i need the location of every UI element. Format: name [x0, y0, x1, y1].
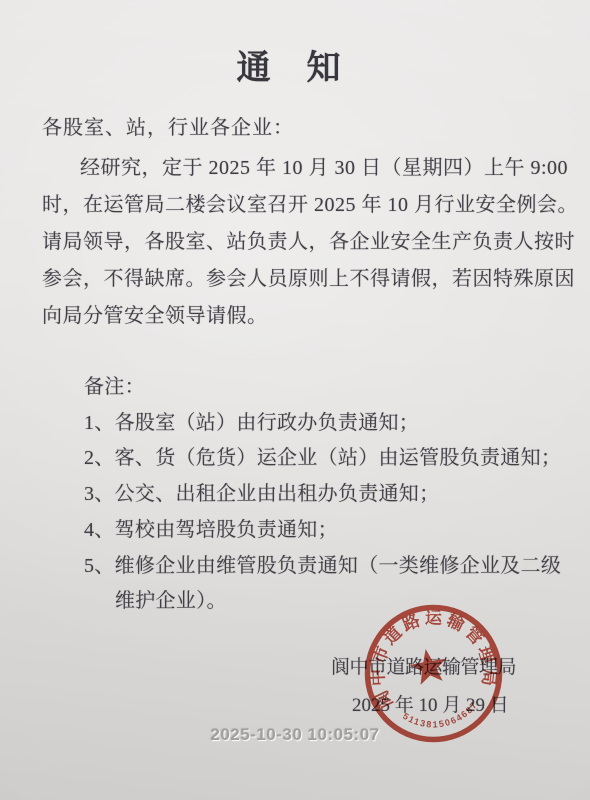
body-line: 经研究，定于 2025 年 10 月 30 日（星期四）上午 9:00 [42, 150, 542, 187]
note-item: 2、客、货（危货）运企业（站）由运管股负责通知； [84, 441, 554, 477]
note-item: 1、各股室（站）由行政办负责通知； [84, 406, 554, 442]
notes-label: 备注： [84, 370, 554, 406]
official-seal: 阆中市道路运输管理局 5113815064687 [364, 604, 503, 743]
note-item: 5、维修企业由维管股负责通知（一类维修企业及二级 [84, 549, 554, 585]
body-line: 参会，不得缺席。参会人员原则上不得请假，若因特殊原因 [42, 261, 542, 298]
body-line: 请局领导，各股室、站负责人，各企业安全生产负责人按时 [42, 224, 542, 261]
body-line: 时，在运管局二楼会议室召开 2025 年 10 月行业安全例会。 [42, 187, 542, 224]
notice-title: 通 知 [0, 40, 578, 89]
notes-block: 备注： 1、各股室（站）由行政办负责通知； 2、客、货（危货）运企业（站）由运管… [84, 370, 554, 620]
salutation: 各股室、站，行业各企业： [42, 110, 294, 147]
notice-photo: 通 知 各股室、站，行业各企业： 经研究，定于 2025 年 10 月 30 日… [0, 0, 590, 800]
body-paragraph: 经研究，定于 2025 年 10 月 30 日（星期四）上午 9:00 时，在运… [42, 150, 542, 335]
seal-ring-text: 阆中市道路运输管理局 [364, 604, 503, 713]
photo-timestamp: 2025-10-30 10:05:07 [0, 725, 590, 745]
note-item: 3、公交、出租企业由出租办负责通知； [84, 477, 554, 513]
body-line: 向局分管安全领导请假。 [42, 298, 542, 335]
seal-ring-text-holder: 阆中市道路运输管理局 [364, 604, 503, 713]
note-item: 4、驾校由驾培股负责通知； [84, 513, 554, 549]
seal-star-icon [408, 646, 450, 686]
